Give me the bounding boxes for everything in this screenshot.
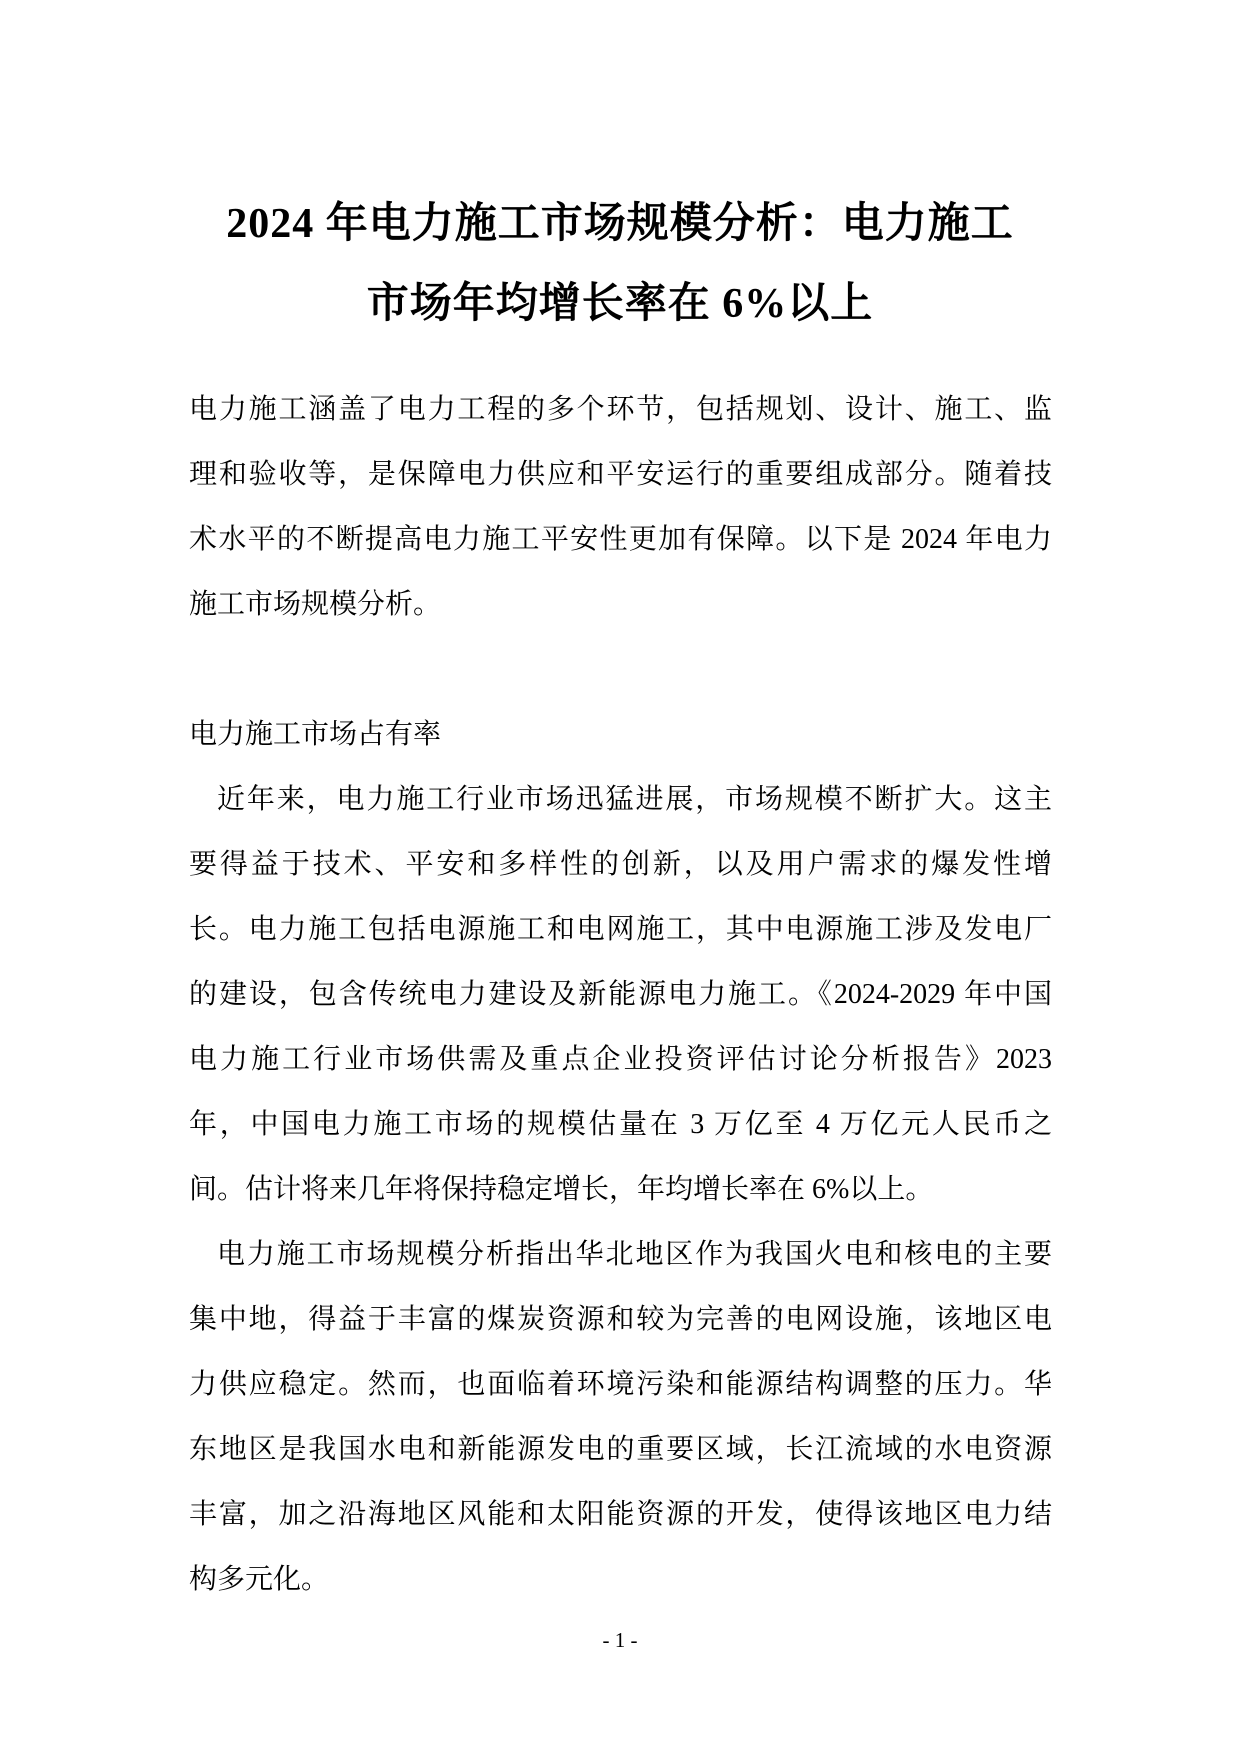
text-line: 集中地，得益于丰富的煤炭资源和较为完善的电网设施，该地区电 [189, 1287, 1052, 1352]
text-line: 长。电力施工包括电源施工和电网施工，其中电源施工涉及发电厂 [189, 897, 1052, 962]
paragraph: 电力施工市场规模分析指出华北地区作为我国火电和核电的主要集中地，得益于丰富的煤炭… [189, 1222, 1052, 1612]
text-line: 要得益于技术、平安和多样性的创新，以及用户需求的爆发性增 [189, 832, 1052, 897]
document-title: 2024 年电力施工市场规模分析：电力施工 市场年均增长率在 6%以上 [0, 184, 1240, 344]
document-body: 电力施工涵盖了电力工程的多个环节，包括规划、设计、施工、监理和验收等，是保障电力… [189, 377, 1052, 1612]
text-line: 近年来，电力施工行业市场迅猛进展，市场规模不断扩大。这主 [189, 767, 1052, 832]
paragraph-spacer [189, 637, 1052, 702]
text-line: 东地区是我国水电和新能源发电的重要区域，长江流域的水电资源 [189, 1417, 1052, 1482]
document-title-line-1: 2024 年电力施工市场规模分析：电力施工 [0, 184, 1240, 264]
text-line: 构多元化。 [189, 1547, 1052, 1612]
text-line: 丰富，加之沿海地区风能和太阳能资源的开发，使得该地区电力结 [189, 1482, 1052, 1547]
text-line: 施工市场规模分析。 [189, 572, 1052, 637]
page-number: - 1 - [0, 1626, 1240, 1654]
paragraph: 近年来，电力施工行业市场迅猛进展，市场规模不断扩大。这主要得益于技术、平安和多样… [189, 767, 1052, 1222]
text-line: 术水平的不断提高电力施工平安性更加有保障。以下是 2024 年电力 [189, 507, 1052, 572]
text-line: 间。估计将来几年将保持稳定增长，年均增长率在 6%以上。 [189, 1157, 1052, 1222]
paragraph: 电力施工涵盖了电力工程的多个环节，包括规划、设计、施工、监理和验收等，是保障电力… [189, 377, 1052, 637]
document-page: 2024 年电力施工市场规模分析：电力施工 市场年均增长率在 6%以上 电力施工… [0, 0, 1240, 1753]
document-title-line-2: 市场年均增长率在 6%以上 [0, 264, 1240, 344]
text-line: 年，中国电力施工市场的规模估量在 3 万亿至 4 万亿元人民币之 [189, 1092, 1052, 1157]
text-line: 的建设，包含传统电力建设及新能源电力施工。《2024-2029 年中国 [189, 962, 1052, 1027]
text-line: 电力施工涵盖了电力工程的多个环节，包括规划、设计、施工、监 [189, 377, 1052, 442]
text-line: 力供应稳定。然而，也面临着环境污染和能源结构调整的压力。华 [189, 1352, 1052, 1417]
text-line: 理和验收等，是保障电力供应和平安运行的重要组成部分。随着技 [189, 442, 1052, 507]
text-line: 电力施工市场占有率 [189, 702, 1052, 767]
section-heading: 电力施工市场占有率 [189, 702, 1052, 767]
text-line: 电力施工市场规模分析指出华北地区作为我国火电和核电的主要 [189, 1222, 1052, 1287]
text-line: 电力施工行业市场供需及重点企业投资评估讨论分析报告》2023 [189, 1027, 1052, 1092]
